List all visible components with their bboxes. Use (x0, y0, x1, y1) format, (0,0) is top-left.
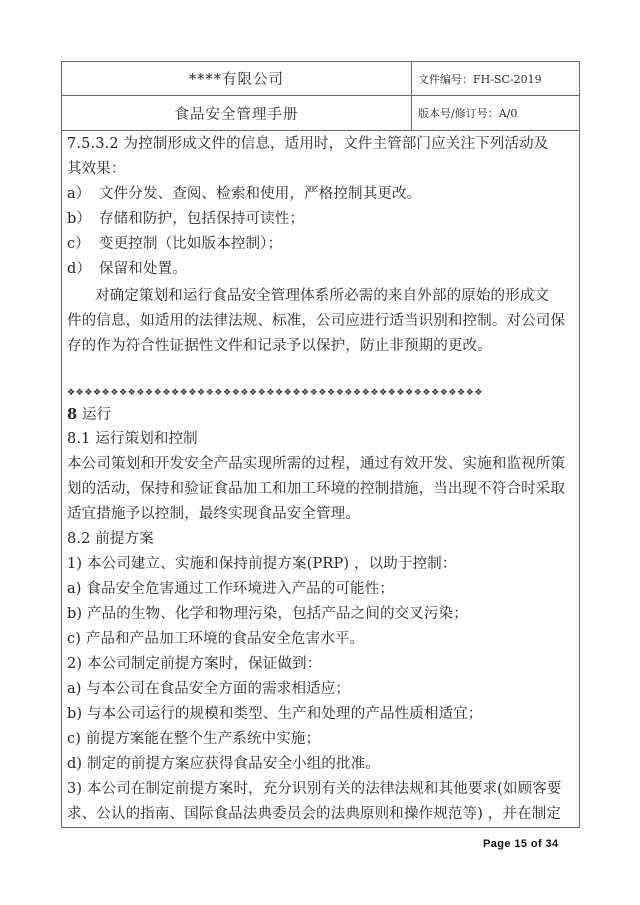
list-item: a) 与本公司在食品安全方面的需求相适应； (67, 677, 573, 702)
list-text: 文件分发、查阅、检索和使用，严格控制其更改。 (99, 186, 421, 202)
list-item: b) 与本公司运行的规模和类型、生产和处理的产品性质相适宜； (67, 702, 573, 727)
list-text: 存储和防护，包括保持可读性； (99, 211, 304, 227)
paragraph-line: 适宜措施予以控制，最终实现食品安全管理。 (67, 502, 573, 527)
diamond-separator: ❖❖❖❖❖❖❖❖❖❖❖❖❖❖❖❖❖❖❖❖❖❖❖❖❖❖❖❖❖❖❖❖❖❖❖❖❖❖❖❖… (67, 386, 483, 400)
list-marker: d） (67, 257, 99, 282)
list-item: b）存储和防护，包括保持可读性； (67, 207, 573, 232)
section-number: 8 (67, 406, 77, 423)
clause-7532-line-1: 7.5.3.2 为控制形成文件的信息，适用时，文件主管部门应关注下列活动及 (67, 132, 573, 157)
section-title: 运行 (82, 407, 111, 423)
paragraph-line: 划的活动，保持和验证食品加工和加工环境的控制措施，当出现不符合时采取 (67, 477, 573, 502)
company-name: ****有限公司 (62, 62, 412, 95)
document-number: 文件编号：FH-SC-2019 (412, 62, 579, 95)
numbered-item-3-line-1: 3) 本公司在制定前提方案时，充分识别有关的法律法规和其他要求(如顾客要 (67, 777, 573, 802)
paragraph-line: 对确定策划和运行食品安全管理体系所必需的来自外部的原始的形成文 (67, 284, 573, 309)
document-page: ****有限公司 文件编号：FH-SC-2019 食品安全管理手册 版本号/修订… (0, 0, 640, 905)
list-item: b) 产品的生物、化学和物理污染，包括产品之间的交叉污染； (67, 602, 573, 627)
list-item: c) 前提方案能在整个生产系统中实施； (67, 727, 573, 752)
manual-page-table: ****有限公司 文件编号：FH-SC-2019 食品安全管理手册 版本号/修订… (61, 61, 580, 828)
list-item: a) 食品安全危害通过工作环境进入产品的可能性； (67, 577, 573, 602)
paragraph-line: 本公司策划和开发安全产品实现所需的过程，通过有效开发、实施和监视所策 (67, 452, 573, 477)
clause-7532-line-2: 其效果： (67, 157, 573, 182)
list-marker: a） (67, 182, 99, 207)
list-item: a）文件分发、查阅、检索和使用，严格控制其更改。 (67, 182, 573, 207)
list-item: c) 产品和产品加工环境的食品安全危害水平。 (67, 627, 573, 652)
list-marker: b） (67, 207, 99, 232)
section-heading-8: 8 运行 (67, 402, 573, 427)
header-row-company: ****有限公司 文件编号：FH-SC-2019 (62, 62, 579, 96)
list-item: d) 制定的前提方案应获得食品安全小组的批准。 (67, 752, 573, 777)
list-marker: c） (67, 232, 99, 257)
document-body: 7.5.3.2 为控制形成文件的信息，适用时，文件主管部门应关注下列活动及 其效… (62, 131, 579, 827)
numbered-item-2: 2) 本公司制定前提方案时，保证做到： (67, 652, 573, 677)
paragraph-line: 存的作为符合性证据性文件和记录予以保护，防止非预期的更改。 (67, 334, 573, 359)
revision-number: 版本号/修订号：A/0 (412, 96, 579, 130)
manual-title: 食品安全管理手册 (62, 96, 412, 130)
subsection-heading-8-1: 8.1 运行策划和控制 (67, 427, 573, 452)
list-text: 保留和处置。 (99, 261, 187, 277)
subsection-heading-8-2: 8.2 前提方案 (67, 527, 573, 552)
list-item: c）变更控制（比如版本控制）； (67, 232, 573, 257)
page-number: Page 15 of 34 (483, 838, 559, 850)
header-row-title: 食品安全管理手册 版本号/修订号：A/0 (62, 96, 579, 131)
paragraph-line: 件的信息，如适用的法律法规、标准，公司应进行适当识别和控制。对公司保 (67, 309, 573, 334)
numbered-item-3-line-2: 求、公认的指南、国际食品法典委员会的法典原则和操作规范等) ，并在制定 (67, 802, 573, 827)
list-text: 变更控制（比如版本控制）； (99, 236, 282, 252)
numbered-item-1: 1) 本公司建立、实施和保持前提方案(PRP) ，以助于控制： (67, 552, 573, 577)
list-item: d）保留和处置。 (67, 257, 573, 282)
